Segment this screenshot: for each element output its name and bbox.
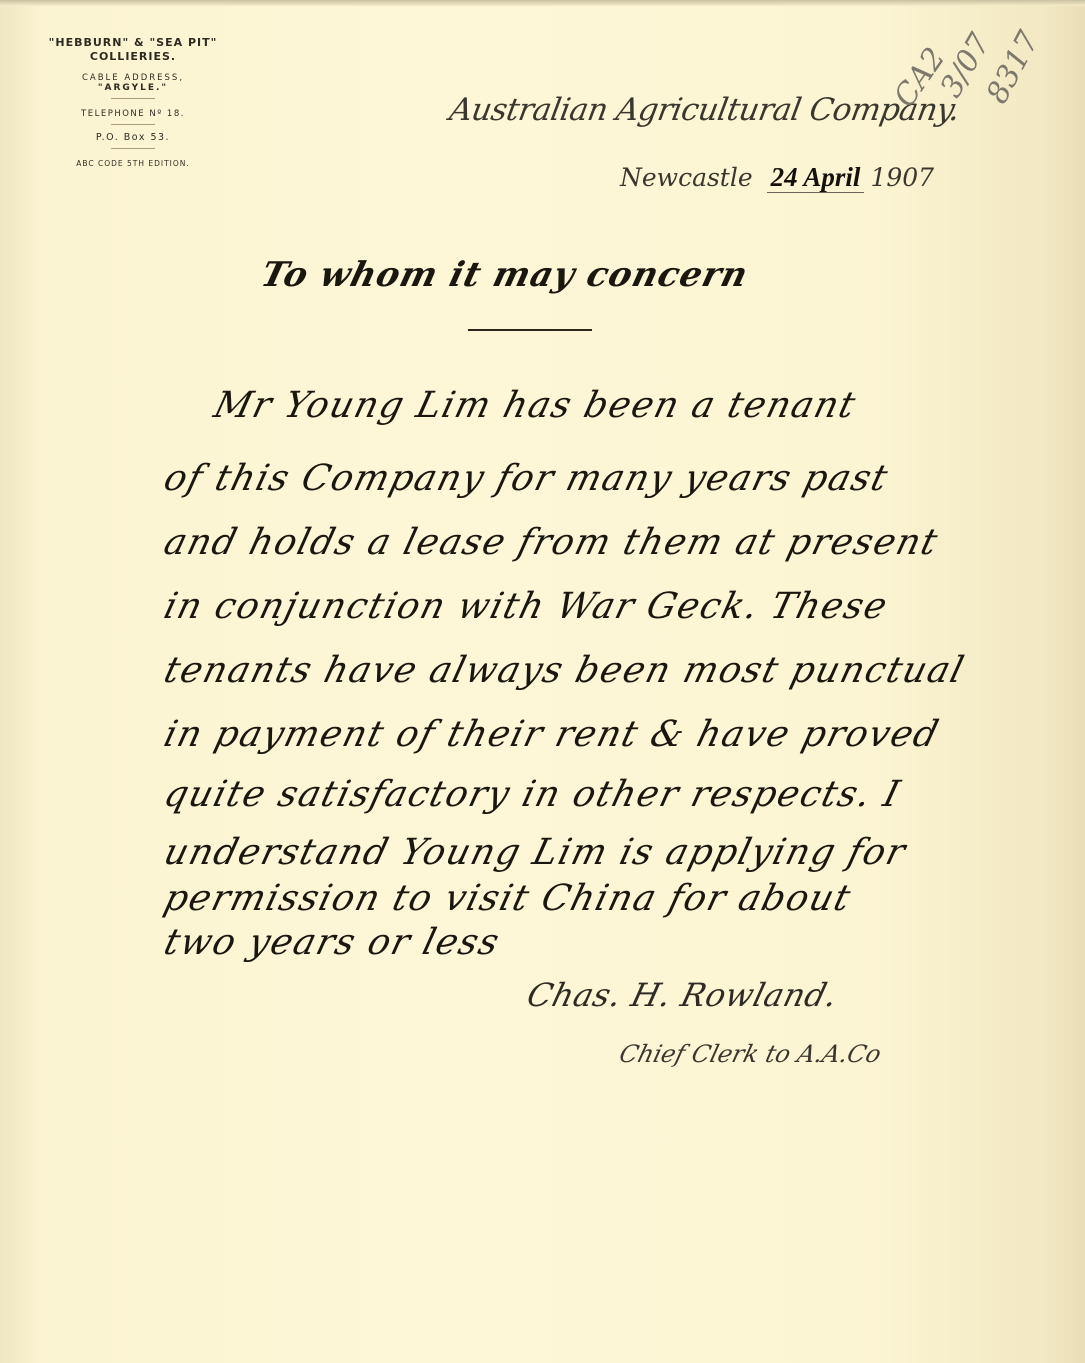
letterhead-po-box: P.O. Box 53. [28, 132, 238, 143]
body-line: in payment of their rent & have proved [160, 714, 944, 755]
letterhead-divider [111, 124, 155, 125]
body-line: two years or less [160, 922, 504, 963]
archive-annotation: CA2 3/07 8317 [880, 10, 1070, 135]
salutation-underline [468, 329, 592, 331]
letterhead-collieries: COLLIERIES. [28, 50, 238, 63]
letterhead-divider [111, 148, 155, 149]
body-line: understand Young Lim is applying for [160, 832, 911, 873]
date-place: Newcastle [620, 163, 753, 192]
letterhead-cable-value: "ARGYLE." [28, 83, 238, 93]
body-line: and holds a lease from them at present [160, 522, 943, 563]
letterhead-divider [111, 98, 155, 99]
body-line: of this Company for many years past [160, 458, 893, 499]
annotation-part-3: 8317 [980, 26, 1047, 110]
scan-edge [0, 0, 1085, 6]
letterhead: "HEBBURN" & "SEA PIT" COLLIERIES. CABLE … [28, 36, 238, 168]
date-year: 1907 [870, 163, 934, 192]
body-line: quite satisfactory in other respects. I [160, 774, 905, 815]
letterhead-collieries-names: "HEBBURN" & "SEA PIT" [28, 36, 238, 49]
body-line: permission to visit China for about [160, 878, 856, 919]
dateline: Newcastle24 April1907 [620, 162, 934, 193]
body-line: in conjunction with War Geck. These [160, 586, 892, 627]
body-line: Mr Young Lim has been a tenant [210, 385, 861, 426]
signature: Chas. H. Rowland. [523, 976, 841, 1014]
letterhead-telephone: TELEPHONE Nº 18. [28, 109, 238, 119]
date-day-month: 24 April [767, 162, 865, 193]
salutation: To whom it may concern [257, 255, 752, 295]
letterhead-cable-label: CABLE ADDRESS, [28, 73, 238, 83]
letterhead-code: ABC CODE 5TH EDITION. [28, 159, 238, 168]
signatory-title: Chief Clerk to A.A.Co [617, 1040, 885, 1068]
body-line: tenants have always been most punctual [160, 650, 969, 691]
